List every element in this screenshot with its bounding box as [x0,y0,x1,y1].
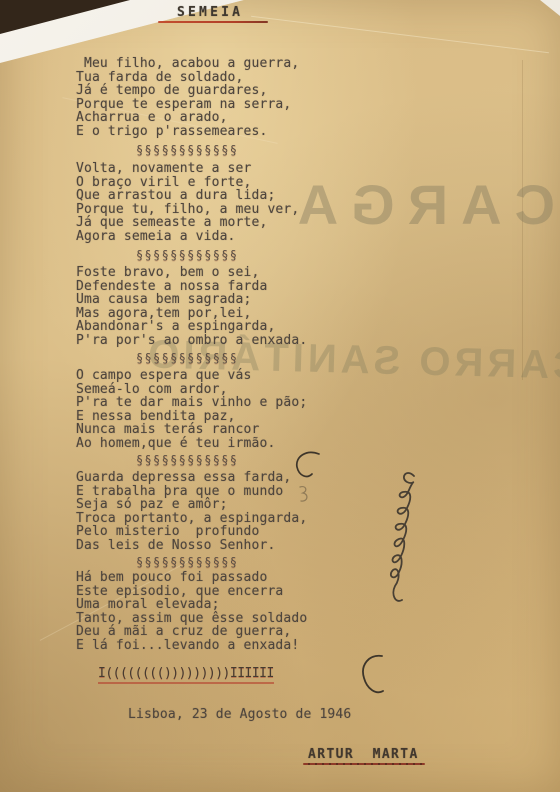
poem-line: Há bem pouco foi passado [76,571,307,585]
poem-line: O campo espera que vás [76,369,307,383]
poem-stanza-3: Foste bravo, bem o sei,Defendeste a noss… [76,266,307,348]
poem-line: Nunca mais terás rancor [76,423,307,437]
background-corner-shadow [0,0,130,34]
poem-line: Deu á mãi a cruz de guerra, [76,625,307,639]
poem-line: Das leis de Nosso Senhor. [76,539,307,553]
poem-stanza-5: Guarda depressa essa farda,E trabalha þr… [76,471,307,553]
poem-stanza-1: Meu filho, acabou a guerra,Tua farda de … [76,57,299,139]
stanza-separator: §§§§§§§§§§§§ [136,555,238,569]
handwritten-hook-mark-1 [292,450,324,486]
title-underline [158,21,268,23]
poem-line: E o trigo p'rassemeares. [76,125,299,139]
poem-line: Já que semeaste a morte, [76,216,299,230]
poem-line: Acharrua e o arado, [76,111,299,125]
stanza-separator: §§§§§§§§§§§§ [136,453,238,467]
poem-line: Volta, novamente a ser [76,162,299,176]
stanza-separator: §§§§§§§§§§§§ [136,248,238,262]
poem-line: E lá foi...levando a enxada! [76,639,307,653]
poem-line: P'ra te dar mais vinho e pão; [76,396,307,410]
handwritten-vertical-scrawl [384,470,422,620]
poem-line: Ao homem,que é teu irmão. [76,437,307,451]
poem-line: Seja só paz e amôr; [76,498,307,512]
handwritten-number-mark [296,484,312,506]
poem-line: Já é tempo de guardares, [76,84,299,98]
poem-line: P'ra por's ao ombro a enxada. [76,334,307,348]
scanned-document-page: CARGA CARRO SANITÁRIO SEMEIA Meu filho, … [0,0,560,792]
dateline: Lisboa, 23 de Agosto de 1946 [128,707,351,722]
handwritten-hook-mark-2 [358,652,392,704]
page-title: SEMEIA [177,5,243,20]
stanza-separator: §§§§§§§§§§§§ [136,351,238,365]
poem-line: Meu filho, acabou a guerra, [76,57,299,71]
poem-line: Pelo misterio profundo [76,525,307,539]
poem-stanza-6: Há bem pouco foi passadoEste episodio, q… [76,571,307,653]
footer-ornament: I(((((((()))))))))IIIIII [98,666,274,684]
poem-line: Foste bravo, bem o sei, [76,266,307,280]
poem-stanza-4: O campo espera que vásSemeá-lo com ardor… [76,369,307,451]
signature: ARTUR MARTA [308,747,419,762]
poem-line: Uma moral elevada; [76,598,307,612]
poem-line: Agora semeia a vida. [76,230,299,244]
poem-line: Que arrastou a dura lida; [76,189,299,203]
stanza-separator: §§§§§§§§§§§§ [136,143,238,157]
poem-line: Abandonar's a espingarda, [76,320,307,334]
poem-stanza-2: Volta, novamente a serO braço viril e fo… [76,162,299,244]
poem-line: Uma causa bem sagrada; [76,293,307,307]
poem-line: Guarda depressa essa farda, [76,471,307,485]
signature-underline [303,763,425,765]
